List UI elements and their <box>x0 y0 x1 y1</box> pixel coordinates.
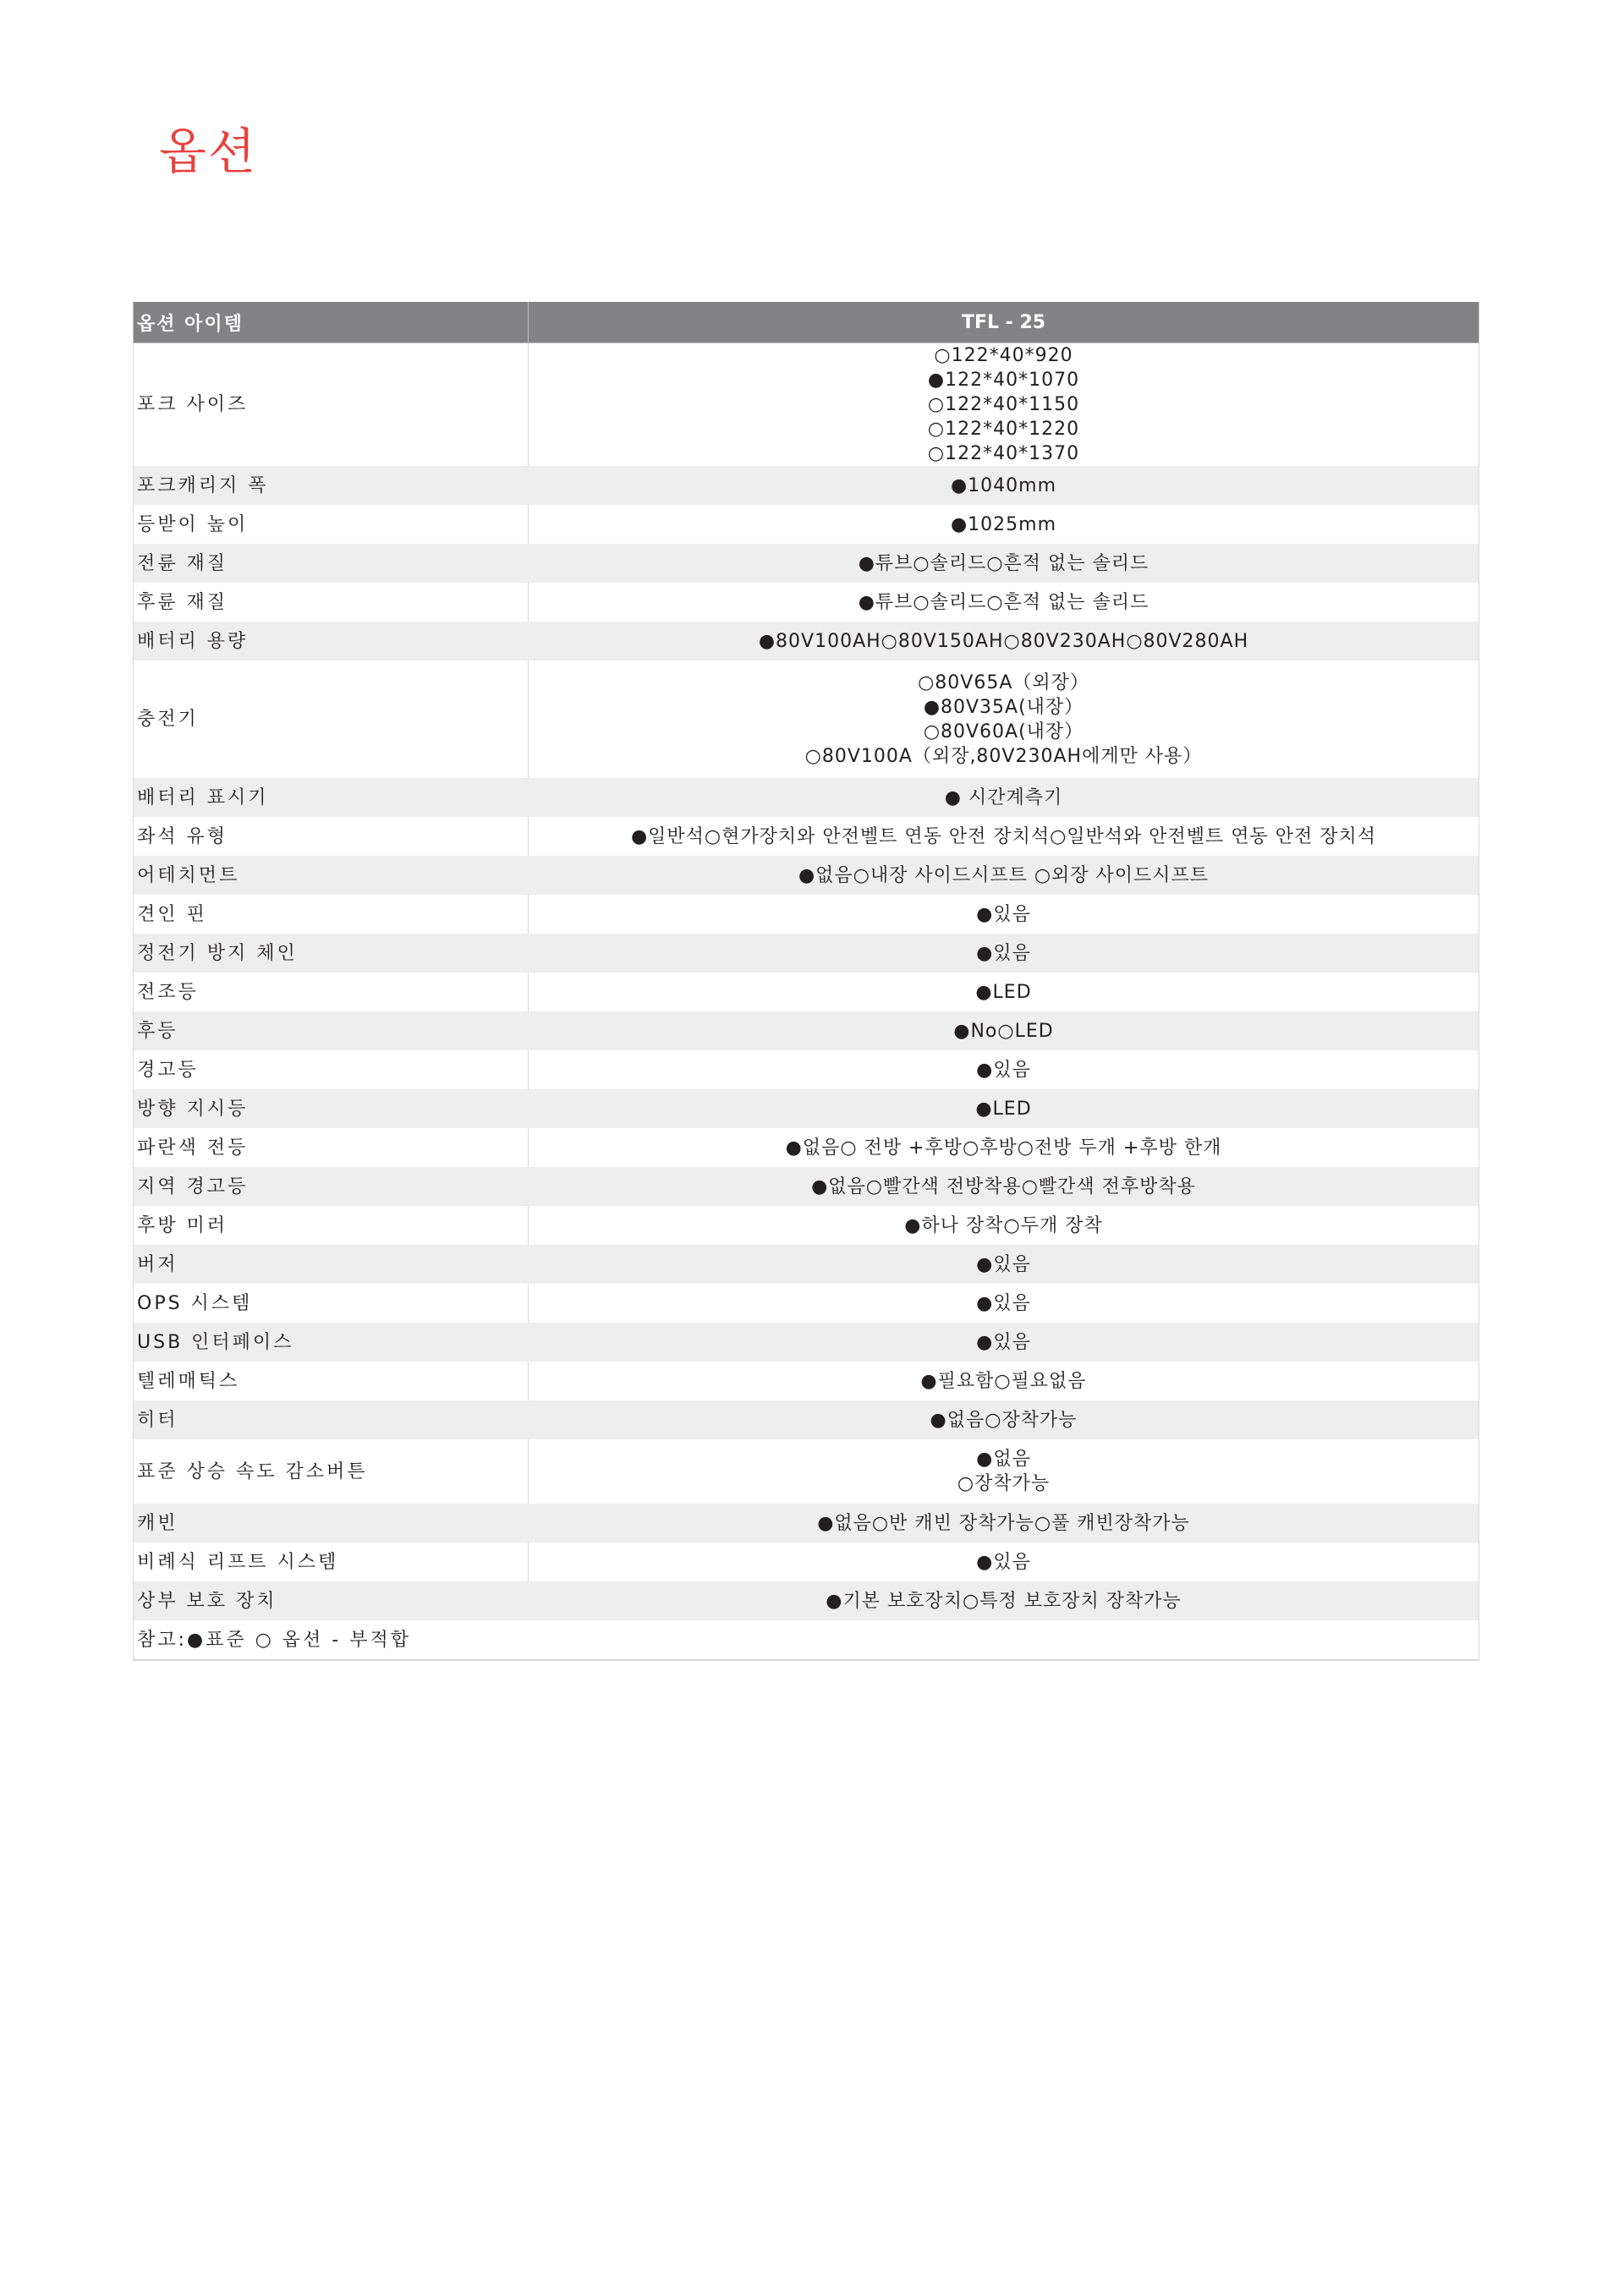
row-value: ○122*40*920 ●122*40*1070 ○122*40*1150 ○1… <box>529 343 1479 467</box>
table-row-charger: 충전기 ○80V65A（외장） ●80V35A(내장） ○80V60A(내장） … <box>134 660 1479 778</box>
column-header-option-item: 옵션 아이템 <box>134 302 529 343</box>
row-label: 상부 보호 장치 <box>134 1581 529 1620</box>
table-row-battery-indicator: 배터리 표시기 ● 시간계측기 <box>134 778 1479 817</box>
row-value: ○80V65A（외장） ●80V35A(내장） ○80V60A(내장） ○80V… <box>529 660 1479 778</box>
table-row-zone-warning-light: 지역 경고등 ●없음○빨간색 전방착용○빨간색 전후방착용 <box>134 1167 1479 1206</box>
table-row-turn-signal: 방향 지시등 ●LED <box>134 1089 1479 1128</box>
row-label: 배터리 용량 <box>134 622 529 660</box>
value-line: ○80V60A(내장） <box>529 720 1479 744</box>
value-line: ○122*40*1370 <box>529 441 1479 466</box>
row-label: 전륜 재질 <box>134 544 529 583</box>
table-row-battery-capacity: 배터리 용량 ●80V100AH○80V150AH○80V230AH○80V28… <box>134 622 1479 660</box>
row-value: ●필요함○필요없음 <box>529 1362 1479 1400</box>
row-label: 지역 경고등 <box>134 1167 529 1206</box>
value-line: ○80V65A（외장） <box>529 671 1479 695</box>
value-line: ○122*40*1150 <box>529 392 1479 417</box>
table-row-telematics: 텔레매틱스 ●필요함○필요없음 <box>134 1362 1479 1400</box>
row-value: ●있음 <box>529 1050 1479 1089</box>
table-row-note: 참고:●표준 ○ 옵션 - 부적합 <box>134 1620 1479 1660</box>
table-row-usb-interface: USB 인터페이스 ●있음 <box>134 1323 1479 1362</box>
table-row-heater: 히터 ●없음○장착가능 <box>134 1400 1479 1439</box>
row-value: ●하나 장착○두개 장착 <box>529 1206 1479 1245</box>
table-row-rear-wheel: 후륜 재질 ●튜브○솔리드○흔적 없는 솔리드 <box>134 583 1479 622</box>
row-label: USB 인터페이스 <box>134 1323 529 1362</box>
row-value: ●없음 ○장착가능 <box>529 1439 1479 1504</box>
row-label: 포크 사이즈 <box>134 343 529 467</box>
table-row-rear-mirror: 후방 미러 ●하나 장착○두개 장착 <box>134 1206 1479 1245</box>
value-line: ○122*40*920 <box>529 343 1479 368</box>
row-label: 충전기 <box>134 660 529 778</box>
row-value: ●있음 <box>529 1284 1479 1323</box>
row-label: 등받이 높이 <box>134 505 529 544</box>
row-value: ●있음 <box>529 1543 1479 1581</box>
row-value: ●없음○ 전방 +후방○후방○전방 두개 +후방 한개 <box>529 1128 1479 1167</box>
value-line: ○122*40*1220 <box>529 417 1479 441</box>
table-row-fork-size: 포크 사이즈 ○122*40*920 ●122*40*1070 ○122*40*… <box>134 343 1479 467</box>
value-line: ●없음 <box>529 1447 1479 1471</box>
table-row-headlight: 전조등 ●LED <box>134 973 1479 1011</box>
table-body: 포크 사이즈 ○122*40*920 ●122*40*1070 ○122*40*… <box>134 343 1479 1661</box>
table-row-buzzer: 버저 ●있음 <box>134 1245 1479 1284</box>
table-row-fork-carriage-width: 포크캐리지 폭 ●1040mm <box>134 466 1479 505</box>
row-value: ●1025mm <box>529 505 1479 544</box>
table-row-backrest-height: 등받이 높이 ●1025mm <box>134 505 1479 544</box>
row-value: ●80V100AH○80V150AH○80V230AH○80V280AH <box>529 622 1479 660</box>
table-row-attachment: 어테치먼트 ●없음○내장 사이드시프트 ○외장 사이드시프트 <box>134 856 1479 895</box>
row-label: 히터 <box>134 1400 529 1439</box>
table-row-warning-light: 경고등 ●있음 <box>134 1050 1479 1089</box>
page-title: 옵션 <box>159 127 257 176</box>
options-spec-table: 옵션 아이템 TFL - 25 포크 사이즈 ○122*40*920 ●122*… <box>133 302 1479 1661</box>
row-label: 후방 미러 <box>134 1206 529 1245</box>
row-value: ●있음 <box>529 1245 1479 1284</box>
row-label: 어테치먼트 <box>134 856 529 895</box>
value-line: ○80V100A（외장,80V230AH에게만 사용） <box>529 744 1479 769</box>
table-row-towing-pin: 견인 핀 ●있음 <box>134 895 1479 934</box>
legend-note: 참고:●표준 ○ 옵션 - 부적합 <box>134 1620 1479 1660</box>
row-label: 버저 <box>134 1245 529 1284</box>
table-row-rear-light: 후등 ●No○LED <box>134 1011 1479 1050</box>
row-value: ●기본 보호장치○특정 보호장치 장착가능 <box>529 1581 1479 1620</box>
row-label: 견인 핀 <box>134 895 529 934</box>
row-value: ●없음○장착가능 <box>529 1400 1479 1439</box>
value-line: ●122*40*1070 <box>529 368 1479 392</box>
row-value: ●일반석○현가장치와 안전벨트 연동 안전 장치석○일반석와 안전벨트 연동 안… <box>529 817 1479 856</box>
row-label: 후등 <box>134 1011 529 1050</box>
row-value: ●없음○내장 사이드시프트 ○외장 사이드시프트 <box>529 856 1479 895</box>
table-row-cabin: 캐빈 ●없음○반 캐빈 장착가능○풀 캐빈장착가능 <box>134 1504 1479 1543</box>
row-label: 정전기 방지 체인 <box>134 934 529 973</box>
row-value: ●튜브○솔리드○흔적 없는 솔리드 <box>529 544 1479 583</box>
row-label: 후륜 재질 <box>134 583 529 622</box>
table-row-proportional-lift-system: 비례식 리프트 시스템 ●있음 <box>134 1543 1479 1581</box>
row-label: 경고등 <box>134 1050 529 1089</box>
table-row-blue-light: 파란색 전등 ●없음○ 전방 +후방○후방○전방 두개 +후방 한개 <box>134 1128 1479 1167</box>
row-value: ●튜브○솔리드○흔적 없는 솔리드 <box>529 583 1479 622</box>
row-label: 배터리 표시기 <box>134 778 529 817</box>
row-label: 전조등 <box>134 973 529 1011</box>
row-label: OPS 시스템 <box>134 1284 529 1323</box>
row-label: 방향 지시등 <box>134 1089 529 1128</box>
table-row-front-wheel: 전륜 재질 ●튜브○솔리드○흔적 없는 솔리드 <box>134 544 1479 583</box>
column-header-model: TFL - 25 <box>529 302 1479 343</box>
row-value: ●1040mm <box>529 466 1479 505</box>
value-line: ●80V35A(내장） <box>529 695 1479 720</box>
row-label: 캐빈 <box>134 1504 529 1543</box>
row-value: ●LED <box>529 1089 1479 1128</box>
row-value: ●없음○빨간색 전방착용○빨간색 전후방착용 <box>529 1167 1479 1206</box>
table-row-seat-type: 좌석 유형 ●일반석○현가장치와 안전벨트 연동 안전 장치석○일반석와 안전벨… <box>134 817 1479 856</box>
row-value: ●있음 <box>529 895 1479 934</box>
row-value: ● 시간계측기 <box>529 778 1479 817</box>
table-row-overhead-guard: 상부 보호 장치 ●기본 보호장치○특정 보호장치 장착가능 <box>134 1581 1479 1620</box>
row-label: 파란색 전등 <box>134 1128 529 1167</box>
row-value: ●있음 <box>529 934 1479 973</box>
value-line: ○장착가능 <box>529 1471 1479 1496</box>
row-value: ●No○LED <box>529 1011 1479 1050</box>
row-label: 포크캐리지 폭 <box>134 466 529 505</box>
table-row-ops-system: OPS 시스템 ●있음 <box>134 1284 1479 1323</box>
row-label: 비례식 리프트 시스템 <box>134 1543 529 1581</box>
table-header-row: 옵션 아이템 TFL - 25 <box>134 302 1479 343</box>
row-value: ●LED <box>529 973 1479 1011</box>
table-row-lift-speed-reduction-button: 표준 상승 속도 감소버튼 ●없음 ○장착가능 <box>134 1439 1479 1504</box>
row-value: ●있음 <box>529 1323 1479 1362</box>
row-label: 좌석 유형 <box>134 817 529 856</box>
row-label: 표준 상승 속도 감소버튼 <box>134 1439 529 1504</box>
row-label: 텔레매틱스 <box>134 1362 529 1400</box>
row-value: ●없음○반 캐빈 장착가능○풀 캐빈장착가능 <box>529 1504 1479 1543</box>
table-row-antistatic-chain: 정전기 방지 체인 ●있음 <box>134 934 1479 973</box>
